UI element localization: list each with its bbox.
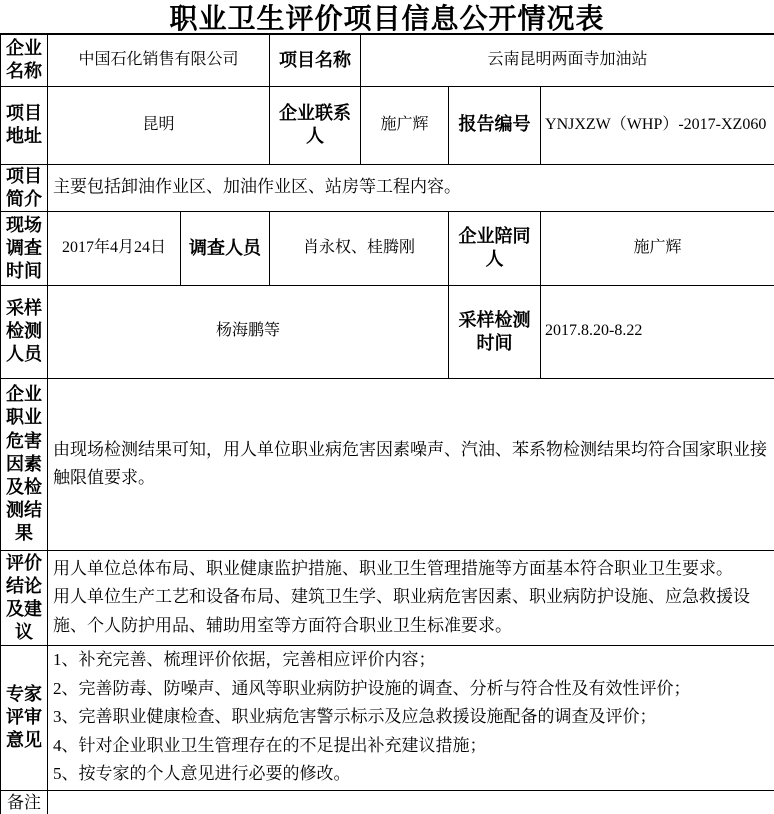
value-company-escort: 施广辉	[541, 211, 774, 285]
label-expert-review: 专家评审意见	[1, 645, 48, 790]
value-sampling-date: 2017.8.20-8.22	[541, 285, 774, 378]
label-survey-date: 现场调查时间	[1, 211, 48, 285]
table-row-hazard-results: 企业职业危害因素及检测结果 由现场检测结果可知，用人单位职业病危害因素噪声、汽油…	[1, 378, 774, 550]
table-row-site-survey: 现场调查时间 2017年4月24日 调查人员 肖永权、桂腾刚 企业陪同人 施广辉	[1, 211, 774, 285]
value-survey-date: 2017年4月24日	[48, 211, 181, 285]
label-project-name: 项目名称	[270, 34, 361, 86]
table-row-remarks: 备注	[1, 790, 774, 814]
table-row-conclusion: 评价结论及建议 用人单位总体布局、职业健康监护措施、职业卫生管理措施等方面基本符…	[1, 550, 774, 645]
table-row-project-brief: 项目简介 主要包括卸油作业区、加油作业区、站房等工程内容。	[1, 164, 774, 211]
label-project-address: 项目地址	[1, 86, 48, 164]
label-hazard-results: 企业职业危害因素及检测结果	[1, 378, 48, 550]
table-row-expert-review: 专家评审意见 1、补充完善、梳理评价依据，完善相应评价内容； 2、完善防毒、防噪…	[1, 645, 774, 790]
table-row-company: 企业名称 中国石化销售有限公司 项目名称 云南昆明两面寺加油站	[1, 34, 774, 86]
label-company-contact: 企业联系人	[270, 86, 361, 164]
value-company-contact: 施广辉	[361, 86, 449, 164]
label-project-brief: 项目简介	[1, 164, 48, 211]
info-table: 企业名称 中国石化销售有限公司 项目名称 云南昆明两面寺加油站 项目地址 昆明 …	[0, 33, 774, 814]
label-report-number: 报告编号	[449, 86, 541, 164]
value-conclusion: 用人单位总体布局、职业健康监护措施、职业卫生管理措施等方面基本符合职业卫生要求。…	[48, 550, 774, 645]
label-sampling-date: 采样检测时间	[449, 285, 541, 378]
value-expert-review: 1、补充完善、梳理评价依据，完善相应评价内容； 2、完善防毒、防噪声、通风等职业…	[48, 645, 774, 790]
value-report-number: YNJXZW（WHP）-2017-XZ060	[541, 86, 774, 164]
label-conclusion: 评价结论及建议	[1, 550, 48, 645]
value-sampling-staff: 杨海鹏等	[48, 285, 449, 378]
table-row-sampling: 采样检测人员 杨海鹏等 采样检测时间 2017.8.20-8.22	[1, 285, 774, 378]
table-row-address: 项目地址 昆明 企业联系人 施广辉 报告编号 YNJXZW（WHP）-2017-…	[1, 86, 774, 164]
value-company-name: 中国石化销售有限公司	[48, 34, 270, 86]
value-project-brief: 主要包括卸油作业区、加油作业区、站房等工程内容。	[48, 164, 774, 211]
value-hazard-results: 由现场检测结果可知，用人单位职业病危害因素噪声、汽油、苯系物检测结果均符合国家职…	[48, 378, 774, 550]
value-remarks	[48, 790, 774, 814]
page-title: 职业卫生评价项目信息公开情况表	[0, 0, 774, 33]
label-survey-staff: 调查人员	[181, 211, 270, 285]
value-project-address: 昆明	[48, 86, 270, 164]
value-survey-staff: 肖永权、桂腾刚	[270, 211, 449, 285]
label-remarks: 备注	[1, 790, 48, 814]
label-company-escort: 企业陪同人	[449, 211, 541, 285]
value-project-name: 云南昆明两面寺加油站	[361, 34, 774, 86]
label-company-name: 企业名称	[1, 34, 48, 86]
label-sampling-staff: 采样检测人员	[1, 285, 48, 378]
